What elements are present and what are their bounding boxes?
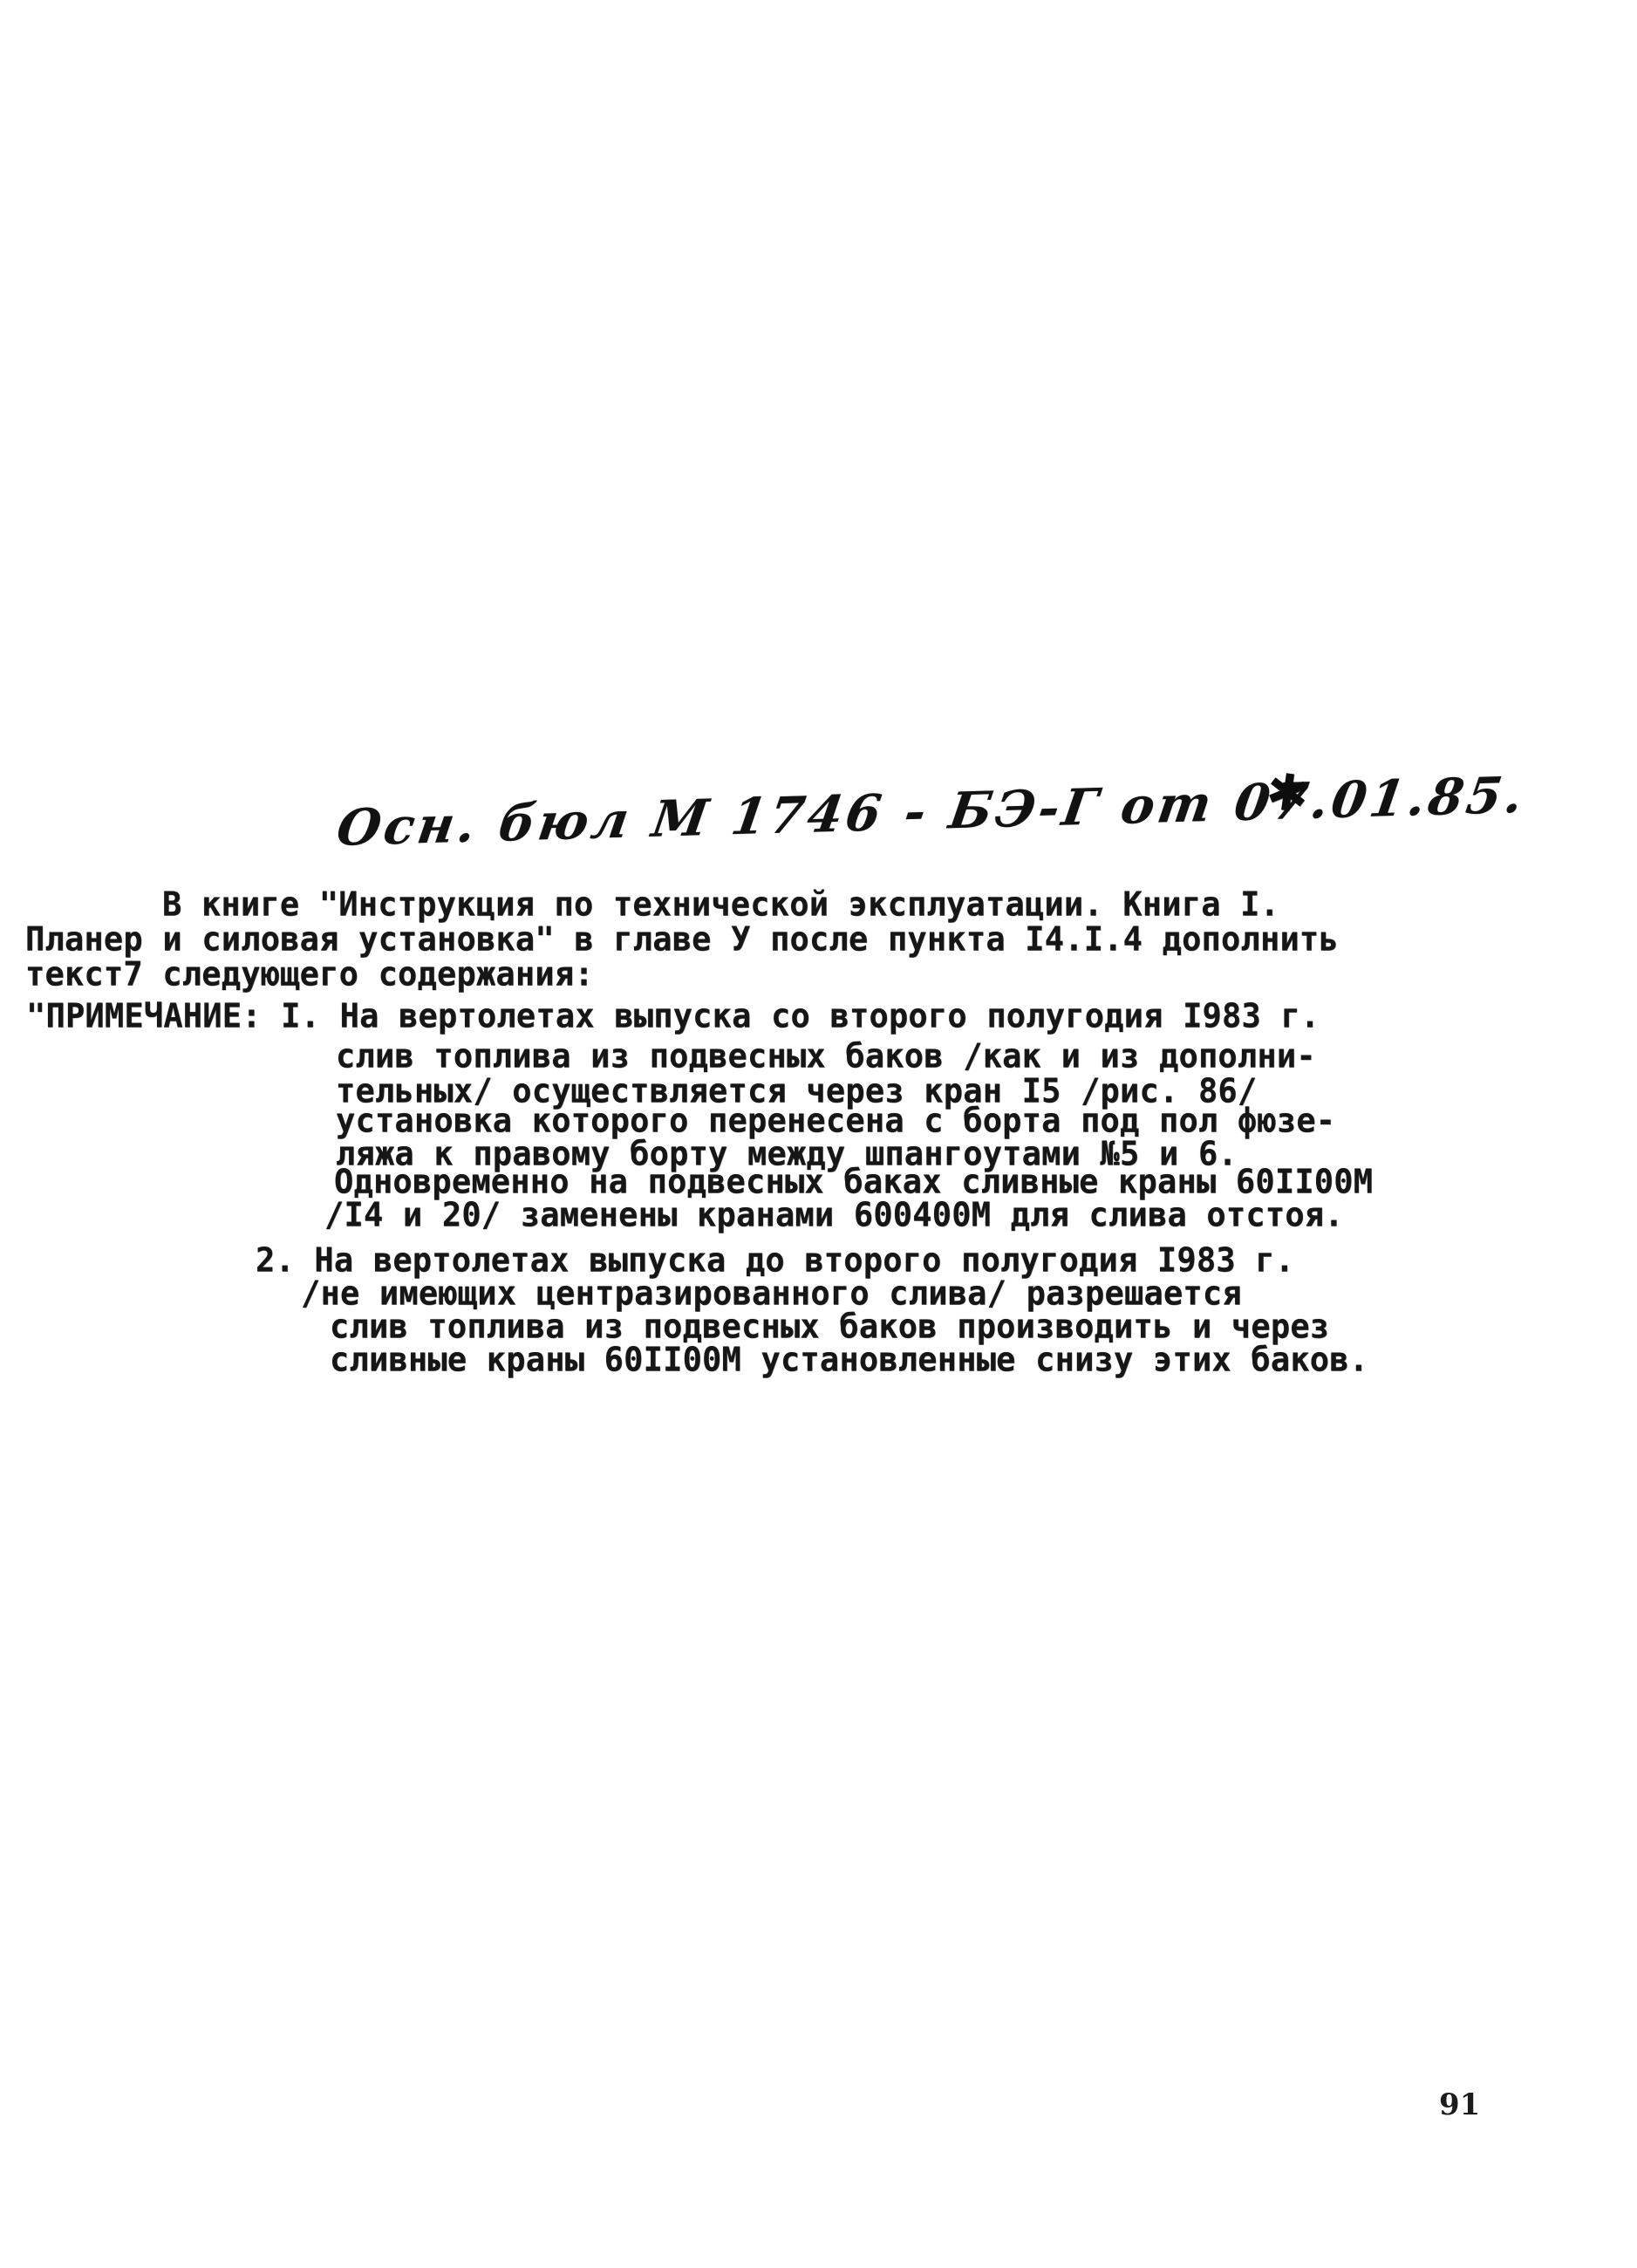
note-item2-line: 2. На вертолетах выпуска до второго полу… [256,1243,1294,1276]
handwritten-note: Осн. бюл М 1746 - БЭ-Г от 07.01.85. [333,766,1530,857]
scanned-document-page: Осн. бюл М 1746 - БЭ-Г от 07.01.85. ✱ В … [0,0,1637,2268]
note-item2-line: /не имеющих центразированного слива/ раз… [301,1276,1242,1309]
intro-line: текст7 следующего содержания: [25,957,594,990]
note-item1-line: /I4 и 20/ заменены кранами 600400М для с… [324,1198,1344,1231]
intro-line: Планер и силовая установка" в главе У по… [25,922,1339,955]
note-item1-line: слив топлива из подвесных баков /как и и… [336,1039,1316,1072]
note-item2-line: слив топлива из подвесных баков производ… [330,1309,1329,1342]
asterisk-mark: ✱ [1263,765,1312,821]
note-item1-line: Одновременно на подвесных баках сливные … [334,1165,1373,1198]
note-item1-line: "ПРИМЕЧАНИЕ: I. На вертолетах выпуска со… [26,999,1320,1032]
note-item1-line: установка которого перенесена с борта по… [336,1103,1335,1137]
note-item2-line: сливные краны 60II00М установленные сниз… [330,1342,1368,1376]
intro-line: В книге "Инструкция по технической экспл… [162,887,1279,920]
page-number: 91 [1439,2090,1480,2120]
